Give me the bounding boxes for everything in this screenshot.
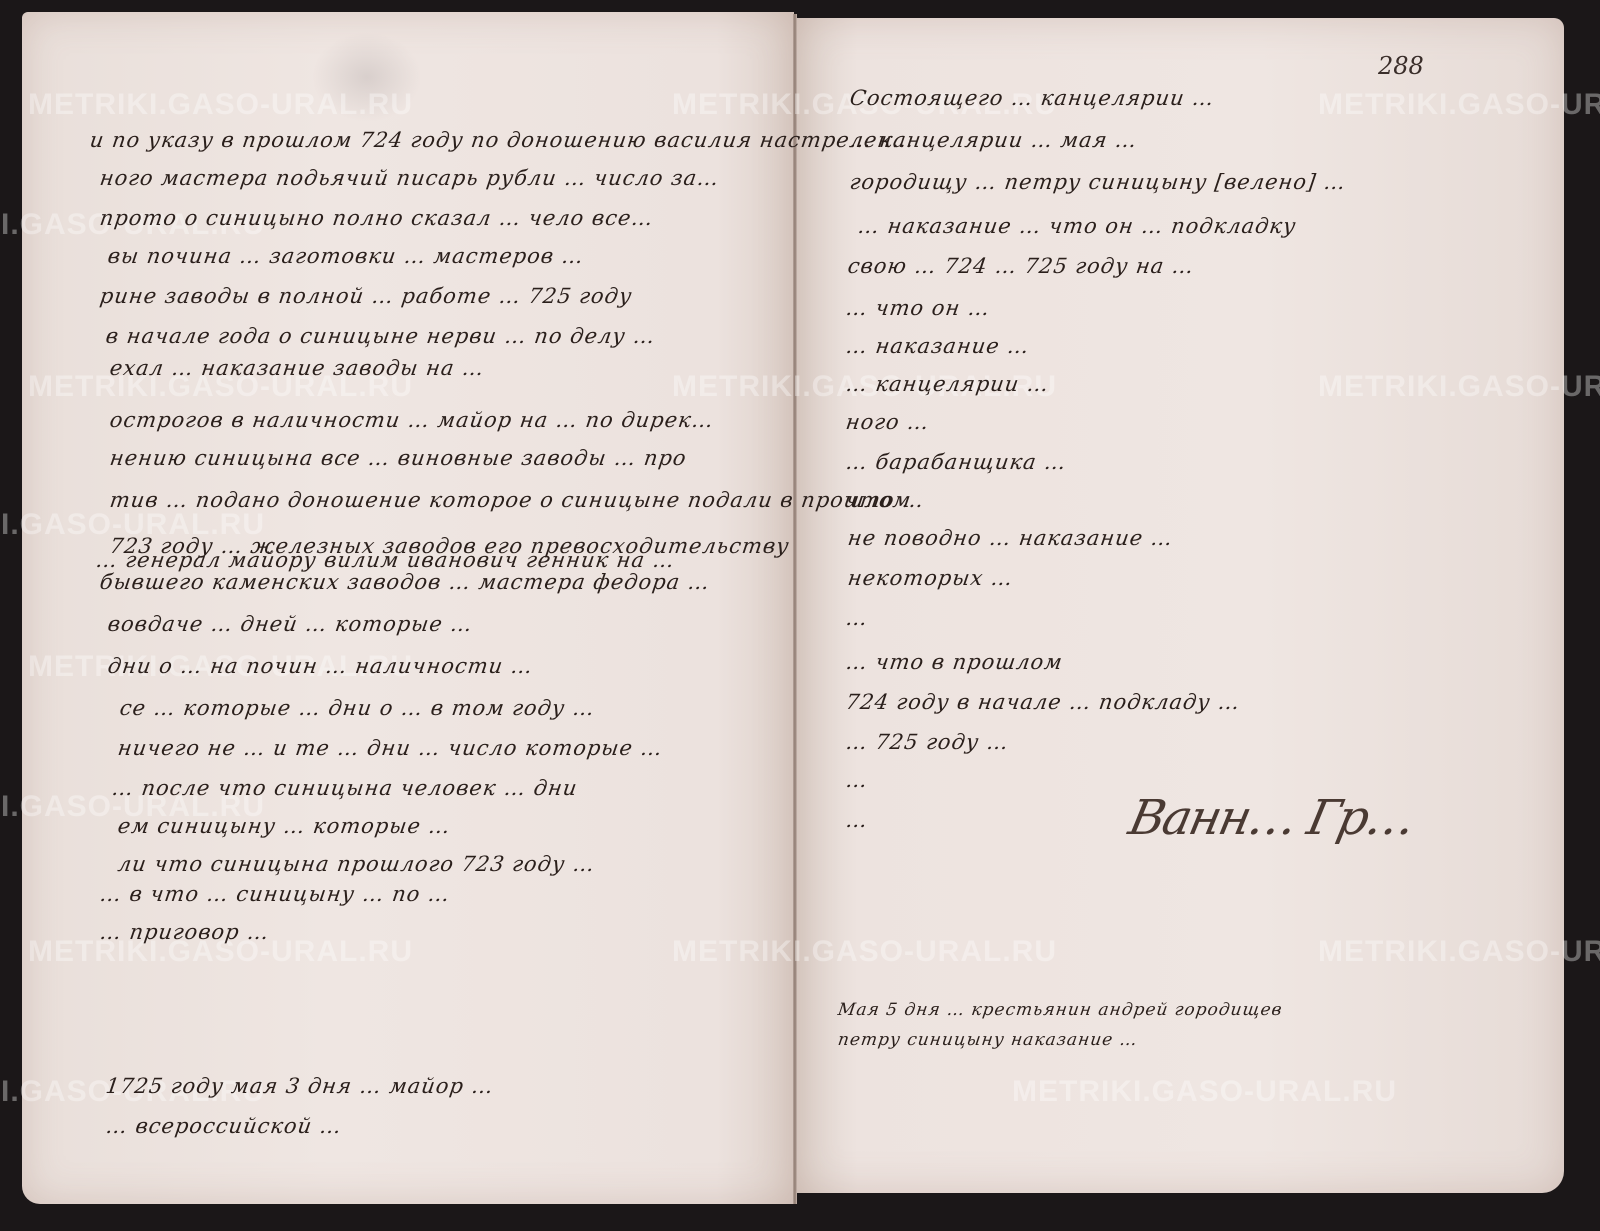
manuscript-line: острогов в наличности … майор на … по ди… [108,408,715,432]
manuscript-line: петру синицыну наказание … [837,1030,1140,1050]
manuscript-line: … всероссийской … [104,1114,343,1138]
manuscript-line: … барабанщика … [844,450,1068,474]
manuscript-line: в начале года о синицыне нерви … по делу… [104,324,657,348]
manuscript-line: … после что синицына человек … дни [110,776,579,800]
manuscript-line: ем синицыну … которые … [116,814,452,838]
manuscript-line: Состоящего … канцелярии … [848,86,1216,110]
binding-gutter [793,14,797,1204]
manuscript-line: … в что … синицыну … по … [98,882,452,906]
folio-number: 288 [1378,52,1424,80]
manuscript-line: … канцелярии … [844,372,1050,396]
manuscript-line: 1725 году мая 3 дня … майор … [104,1074,495,1098]
manuscript-line: не поводно … наказание … [846,526,1174,550]
manuscript-line: городищу … петру синицыну [велено] … [848,170,1347,194]
manuscript-line: … [844,808,869,832]
signature: Ванн… Гр… [1124,790,1419,846]
manuscript-line: … генерал майору вилим иванович генник н… [94,548,676,572]
manuscript-line: прото о синицыно полно сказал … чело все… [98,206,655,230]
manuscript-line: вовдаче … дней … которые … [106,612,474,636]
manuscript-line: … наказание … что он … подкладку [856,214,1298,238]
manuscript-line: … 725 году … [844,730,1010,754]
manuscript-line: … наказание … [844,334,1031,358]
manuscript-line: ного мастера подьячий писарь рубли … чис… [98,166,721,190]
manuscript-line: и по указу в прошлом 724 году по доношен… [88,128,916,152]
manuscript-line: … [844,768,869,792]
manuscript-line: Мая 5 дня … крестьянин андрей городищев [837,1000,1284,1020]
manuscript-line: ехал … наказание заводы на … [108,356,486,380]
manuscript-line: дни о … на почин … наличности … [106,654,534,678]
manuscript-line: се … которые … дни о … в том году … [118,696,596,720]
manuscript-line: … канцелярии … мая … [848,128,1139,152]
manuscript-line: ного … [844,410,931,434]
manuscript-line: … что он … [844,296,991,320]
manuscript-line: свою … 724 … 725 году на … [846,254,1195,278]
manuscript-line: некоторых … [846,566,1014,590]
manuscript-line: … что в прошлом [844,650,1064,674]
manuscript-line: тив … подано доношение которое о синицын… [108,488,913,512]
manuscript-line: ничего не … и те … дни … число которые … [116,736,664,760]
manuscript-line: … [844,606,869,630]
manuscript-line: бывшего каменских заводов … мастера федо… [98,570,711,594]
manuscript-line: … приговор … [98,920,271,944]
left-page [22,12,794,1204]
manuscript-line: что … [844,488,926,512]
water-stain [312,32,422,122]
manuscript-line: рине заводы в полной … работе … 725 году [98,284,634,308]
manuscript-line: нению синицына все … виновные заводы … п… [108,446,688,470]
manuscript-line: ли что синицына прошлого 723 году … [116,852,596,876]
manuscript-line: 724 году в начале … подкладу … [844,690,1242,714]
manuscript-line: вы почина … заготовки … мастеров … [106,244,585,268]
